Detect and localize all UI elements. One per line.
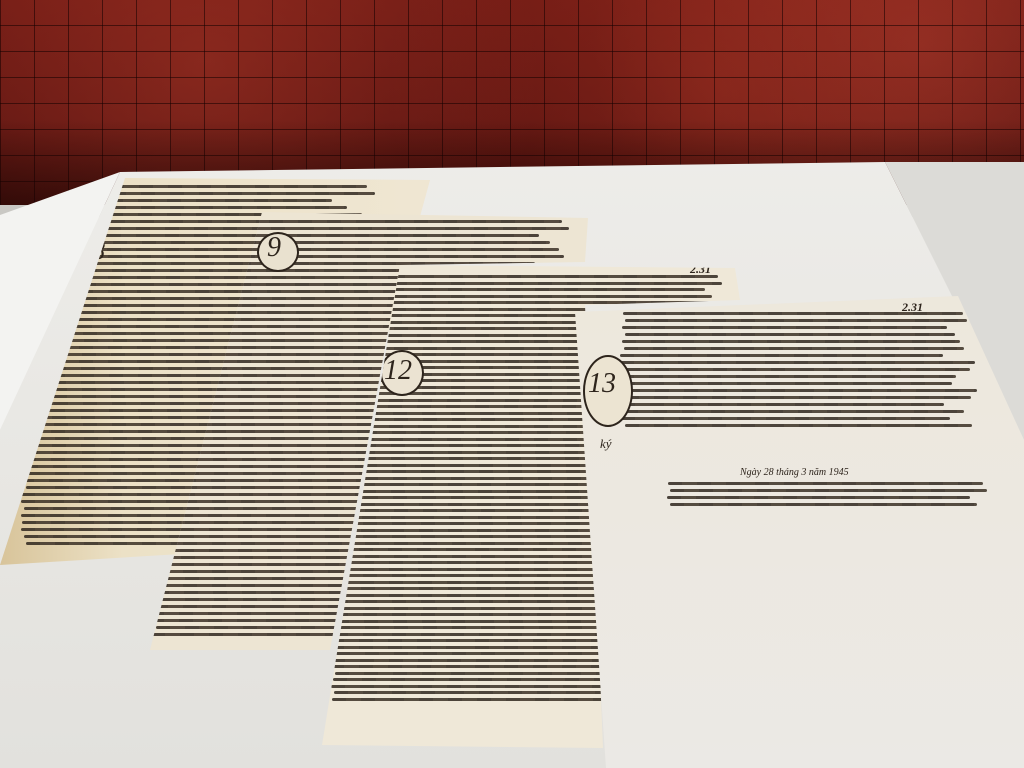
handwritten-line [621, 417, 950, 420]
handwritten-line [620, 375, 956, 378]
handwritten-line [621, 382, 952, 385]
corner-mark: 2.31 [902, 300, 923, 315]
handwritten-line [622, 326, 947, 329]
margin-mark: ký [600, 436, 612, 452]
handwritten-line [624, 347, 964, 350]
handwritten-line [668, 482, 983, 485]
handwritten-line [625, 396, 971, 399]
handwritten-line [667, 496, 970, 499]
handwritten-line [625, 424, 972, 427]
handwritten-line [621, 403, 944, 406]
date-line: Ngày 28 tháng 3 năm 1945 [740, 467, 849, 478]
handwritten-line [626, 389, 977, 392]
handwritten-line [620, 361, 975, 364]
handwritten-line [625, 333, 955, 336]
handwritten-line [670, 503, 977, 506]
handwritten-line [622, 340, 960, 343]
handwritten-line [625, 319, 967, 322]
page-number-12: 12 [384, 355, 412, 387]
page-number-13: 13 [588, 368, 616, 400]
handwritten-line [670, 489, 987, 492]
handwritten-line [626, 368, 970, 371]
page-number-9: 9 [267, 232, 281, 264]
handwritten-line [624, 410, 964, 413]
handwritten-line [620, 354, 943, 357]
